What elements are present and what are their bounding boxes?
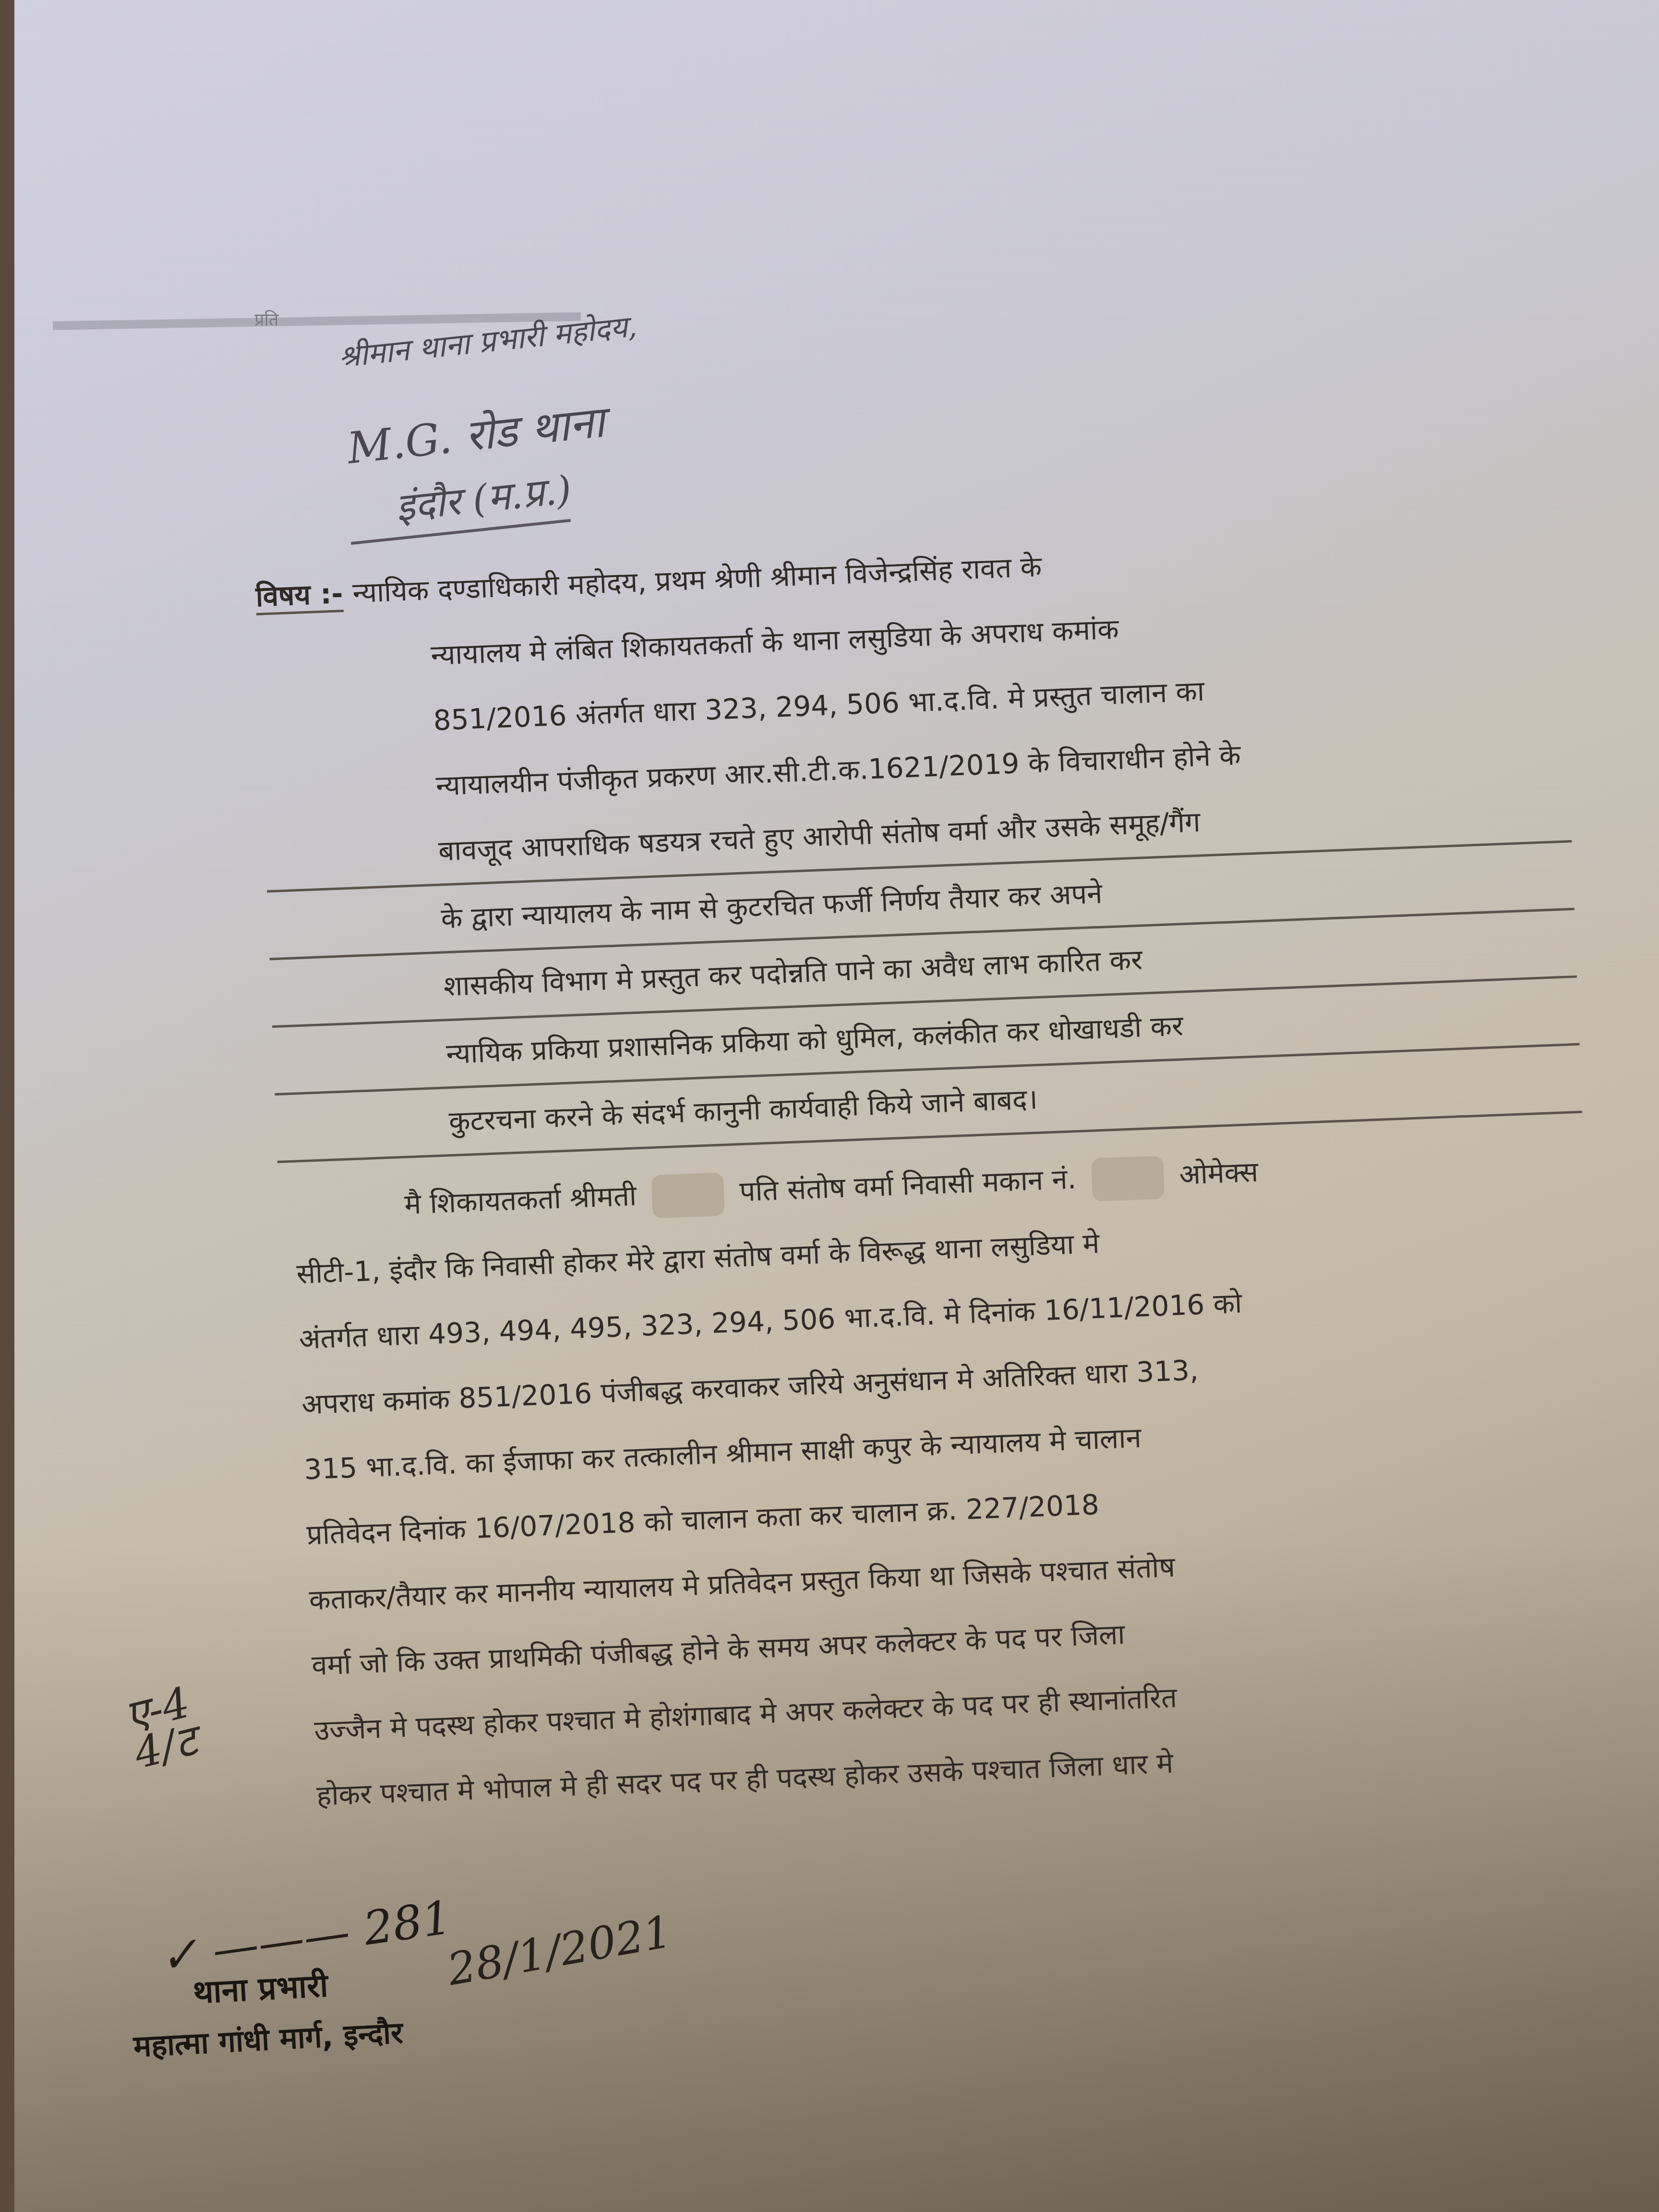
photo-shadow — [14, 1540, 1659, 2212]
redacted-house-number — [1091, 1155, 1165, 1202]
prati-label: प्रति — [254, 307, 278, 331]
subject-block: विषय :-न्यायिक दण्डाधिकारी महोदय, प्रथम … — [254, 514, 1582, 1163]
subject-label: विषय :- — [255, 577, 344, 615]
redacted-name — [651, 1172, 725, 1218]
letter-page: प्रति श्रीमान थाना प्रभारी महोदय, M.G. र… — [14, 0, 1659, 2212]
